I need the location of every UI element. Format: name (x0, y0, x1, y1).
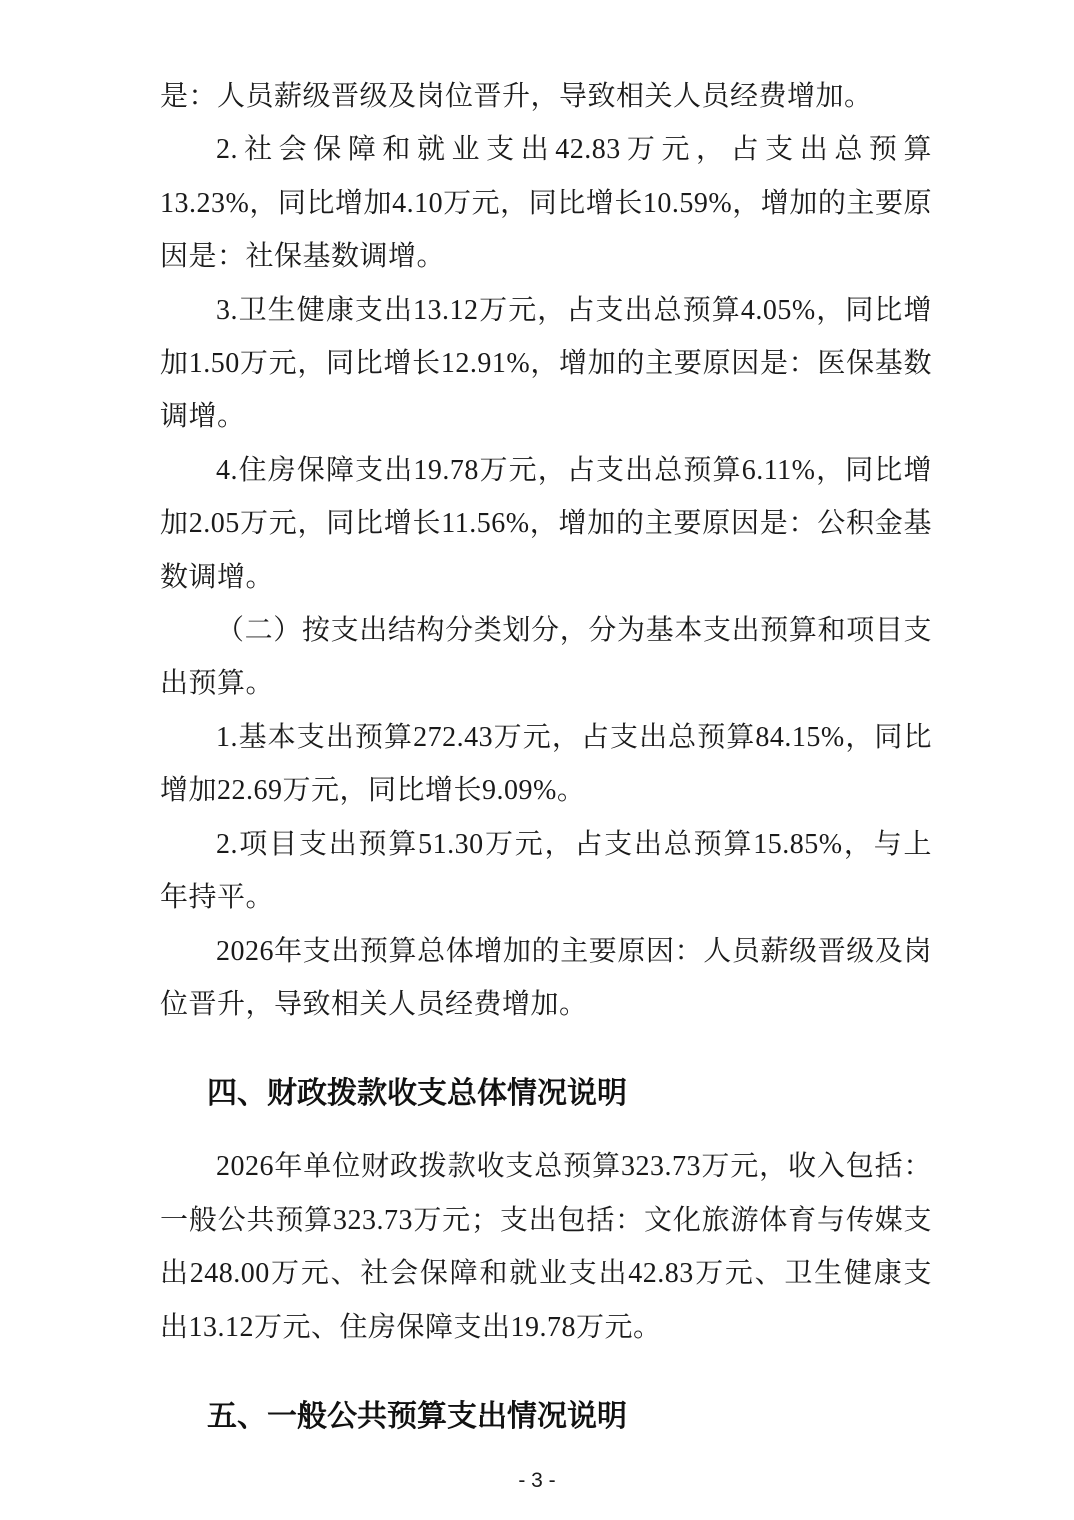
paragraph-housing-expenditure: 4.住房保障支出19.78万元，占支出总预算6.11%，同比增加2.05万元，同… (160, 444, 932, 604)
document-body: 是：人员薪级晋级及岗位晋升，导致相关人员经费增加。 2.社会保障和就业支出42.… (160, 70, 932, 1463)
section-heading-fiscal-appropriation-overview: 四、财政拨款收支总体情况说明 (160, 1067, 932, 1120)
paragraph-fiscal-appropriation-totals: 2026年单位财政拨款收支总预算323.73万元，收入包括：一般公共预算323.… (160, 1140, 932, 1354)
paragraph-project-expenditure-budget: 2.项目支出预算51.30万元，占支出总预算15.85%，与上年持平。 (160, 818, 932, 925)
paragraph-expenditure-structure-intro: （二）按支出结构分类划分，分为基本支出预算和项目支出预算。 (160, 604, 932, 711)
page-number: - 3 - (0, 1468, 1074, 1494)
paragraph-basic-expenditure-budget: 1.基本支出预算272.43万元，占支出总预算84.15%，同比增加22.69万… (160, 711, 932, 818)
paragraph-health-expenditure: 3.卫生健康支出13.12万元，占支出总预算4.05%，同比增加1.50万元，同… (160, 284, 932, 444)
paragraph-overall-increase-reason: 2026年支出预算总体增加的主要原因：人员薪级晋级及岗位晋升，导致相关人员经费增… (160, 925, 932, 1032)
paragraph-social-security-expenditure: 2.社会保障和就业支出42.83万元，占支出总预算13.23%，同比增加4.10… (160, 123, 932, 283)
paragraph-continuation-personnel-reason: 是：人员薪级晋级及岗位晋升，导致相关人员经费增加。 (160, 70, 932, 123)
section-heading-general-public-budget-expenditure: 五、一般公共预算支出情况说明 (160, 1390, 932, 1443)
document-page: 是：人员薪级晋级及岗位晋升，导致相关人员经费增加。 2.社会保障和就业支出42.… (0, 0, 1074, 1520)
